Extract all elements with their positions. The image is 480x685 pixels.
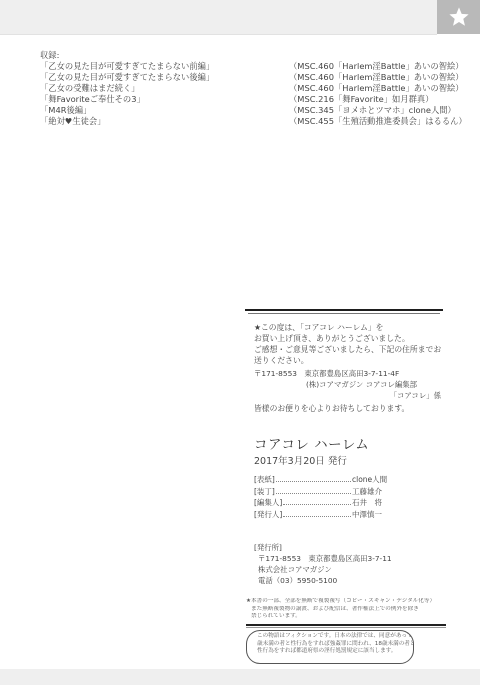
notice-line: ★この度は、「コアコレ ハーレム」を (254, 322, 450, 333)
leader-dots (283, 504, 351, 505)
publisher-company: 株式会社コアマガジン (254, 564, 392, 575)
book-title: コアコレ ハーレム (254, 433, 369, 453)
credit-label: [装丁] (254, 486, 275, 497)
credit-value: clone人間 (352, 474, 394, 485)
bottom-bar (0, 669, 480, 685)
story-source: （MSC.460「Harlem淫Battle」あいの智絵） (289, 83, 464, 94)
legal-line: また無断複製物の譲渡、および配信は、著作権法上での例外を除き (246, 606, 446, 614)
credit-row: [装丁] 工藤雄介 (254, 486, 394, 498)
credit-value: 石井 将 (352, 497, 394, 508)
top-bar (0, 0, 437, 35)
story-title: 「乙女の受難はまだ続く」 (40, 83, 140, 94)
story-source: （MSC.345「ヨメホとツマホ」clone人間） (289, 105, 456, 116)
address-line: 「コアコレ」係 (254, 390, 450, 401)
list-item: 「絶対♥生徒会」 （MSC.455「生殖活動推進委員会」はるるん） (40, 116, 460, 127)
story-source: （MSC.460「Harlem淫Battle」あいの智絵） (289, 72, 464, 83)
notice-line: ご感想・ご意見等ございましたら、下記の住所までお (254, 344, 450, 355)
notice-line: 送りください。 (254, 355, 450, 366)
story-title: 「M4R後編」 (40, 105, 91, 116)
publisher-address: 〒171-8553 東京都豊島区高田3-7-11 (254, 553, 392, 564)
mail-address: 〒171-8553 東京都豊島区高田3-7-11-4F (株)コアマガジン コア… (254, 368, 450, 401)
credit-row: [編集人] 石井 将 (254, 497, 394, 509)
credit-label: [編集人] (254, 497, 282, 508)
credit-row: [発行人] 中澤慎一 (254, 509, 394, 521)
story-title: 「絶対♥生徒会」 (40, 116, 106, 127)
fiction-line: この物語はフィクションです。日本の法律では、同意があっても13 (257, 633, 413, 641)
reader-notice: ★この度は、「コアコレ ハーレム」を お買い上げ頂き、ありがとうございました。 … (254, 322, 450, 366)
list-item: 「M4R後編」 （MSC.345「ヨメホとツマホ」clone人間） (40, 105, 460, 116)
story-source: （MSC.455「生殖活動推進委員会」はるるん） (289, 116, 467, 127)
favorite-button[interactable] (437, 0, 480, 34)
address-line: (株)コアマガジン コアコレ編集部 (254, 379, 450, 390)
leader-dots (276, 493, 351, 494)
copyright-notice: ★本書の一部、全部を無断で複製複写（コピー・スキャン・デジタル化等） また無断複… (246, 598, 446, 621)
list-item: 「舞Favoriteご奉仕その3」 （MSC.216「舞Favorite」如月群… (40, 94, 460, 105)
publisher-info: [発行所] 〒171-8553 東京都豊島区高田3-7-11 株式会社コアマガジ… (254, 542, 392, 586)
publisher-phone: 電話（03）5950-5100 (254, 575, 392, 586)
credits-list: [表紙] clone人間 [装丁] 工藤雄介 [編集人] 石井 将 [発行人] … (254, 474, 394, 520)
divider (246, 624, 446, 628)
contents-heading: 収録: (40, 50, 460, 61)
star-icon (448, 6, 470, 28)
story-title: 「乙女の見た目が可愛すぎてたまらない後編」 (40, 72, 214, 83)
legal-line: 禁じられています。 (246, 613, 446, 621)
story-source: （MSC.216「舞Favorite」如月群真） (289, 94, 434, 105)
notice-line: お買い上げ頂き、ありがとうございました。 (254, 333, 450, 344)
list-item: 「乙女の見た目が可愛すぎてたまらない後編」 （MSC.460「Harlem淫Ba… (40, 72, 460, 83)
credit-row: [表紙] clone人間 (254, 474, 394, 486)
contents-list: 収録: 「乙女の見た目が可愛すぎてたまらない前編」 （MSC.460「Harle… (40, 50, 460, 127)
credit-value: 工藤雄介 (352, 486, 394, 497)
address-line: 〒171-8553 東京都豊島区高田3-7-11-4F (254, 368, 450, 379)
publication-date: 2017年3月20日 発行 (254, 453, 347, 467)
credit-label: [発行人] (254, 509, 282, 520)
publisher-label: [発行所] (254, 542, 392, 553)
leader-dots (276, 481, 351, 482)
thanks-text: 皆様のお便りを心よりお待ちしております。 (254, 403, 409, 414)
story-title: 「乙女の見た目が可愛すぎてたまらない前編」 (40, 61, 214, 72)
fiction-line: 性行為をすれば都道府県の淫行処罰規定に該当します。 (257, 648, 413, 656)
list-item: 「乙女の見た目が可愛すぎてたまらない前編」 （MSC.460「Harlem淫Ba… (40, 61, 460, 72)
story-title: 「舞Favoriteご奉仕その3」 (40, 94, 145, 105)
divider (245, 309, 443, 314)
legal-line: ★本書の一部、全部を無断で複製複写（コピー・スキャン・デジタル化等） (246, 598, 446, 606)
credit-value: 中澤慎一 (352, 509, 394, 520)
credit-label: [表紙] (254, 474, 275, 485)
fiction-notice: この物語はフィクションです。日本の法律では、同意があっても13 歳未満の者と性行… (246, 630, 414, 664)
leader-dots (283, 516, 351, 517)
story-source: （MSC.460「Harlem淫Battle」あいの智絵） (289, 61, 464, 72)
list-item: 「乙女の受難はまだ続く」 （MSC.460「Harlem淫Battle」あいの智… (40, 83, 460, 94)
